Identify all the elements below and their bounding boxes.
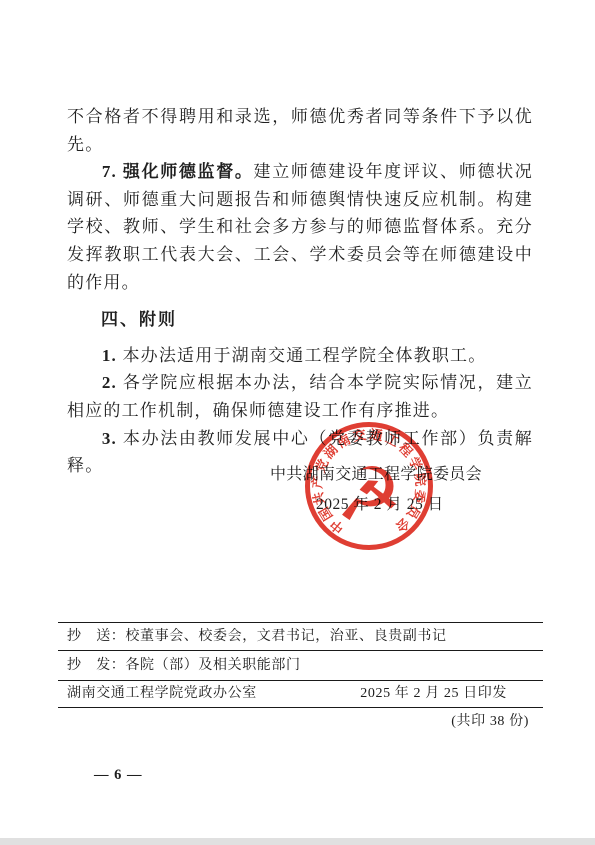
item-1-text: 本办法适用于湖南交通工程学院全体教职工。 [122,346,486,365]
item-2-text: 各学院应根据本办法，结合本学院实际情况，建立相应的工作机制，确保师德建设工作有序… [67,373,533,420]
issue-to-row: 抄 发：各院（部）及相关职能部门 [58,651,543,681]
section-heading: 四、附则 [67,306,533,334]
hammer-sickle-icon: ☭ [336,452,402,538]
issuing-office: 湖南交通工程学院党政办公室 [67,681,257,707]
print-date: 2025 年 2 月 25 日印发 [360,681,507,707]
scan-edge-strip [0,838,595,845]
copy-to-row: 抄 送：校董事会、校委会，文君书记，治亚、良贵副书记 [58,622,543,651]
issue-to-value: 各院（部）及相关职能部门 [125,658,300,673]
item-3-number: 3. [102,429,123,448]
item-1-number: 1. [102,346,123,365]
copy-to-value: 校董事会、校委会，文君书记，治亚、良贵副书记 [125,629,446,644]
item-1: 1. 本办法适用于湖南交通工程学院全体教职工。 [67,342,533,370]
paragraph-7-rest: 建立师德建设年度评议、师德状况调研、师德重大问题报告和师德舆情快速反应机制。构建… [67,162,533,291]
item-2-number: 2. [102,373,123,392]
copy-to-label: 抄 送： [67,629,125,644]
paragraph-7: 7. 强化师德监督。建立师德建设年度评议、师德状况调研、师德重大问题报告和师德舆… [67,158,533,296]
copies-count: (共印 38 份) [58,708,543,735]
official-seal: 中国共产党湖南交通工程学院委员会 ☭ [304,421,434,551]
print-row: 湖南交通工程学院党政办公室 2025 年 2 月 25 日印发 [58,681,543,708]
paragraph-continuation: 不合格者不得聘用和录选，师德优秀者同等条件下予以优先。 [67,103,533,158]
page-number: — 6 — [94,767,143,784]
item-2: 2. 各学院应根据本办法，结合本学院实际情况，建立相应的工作机制，确保师德建设工… [67,369,533,424]
issue-to-label: 抄 发： [67,658,125,673]
body-text: 不合格者不得聘用和录选，师德优秀者同等条件下予以优先。 7. 强化师德监督。建立… [67,103,533,480]
distribution-table: 抄 送：校董事会、校委会，文君书记，治亚、良贵副书记 抄 发：各院（部）及相关职… [58,622,543,735]
paragraph-7-lead: 7. 强化师德监督。 [102,162,254,181]
document-page: 不合格者不得聘用和录选，师德优秀者同等条件下予以优先。 7. 强化师德监督。建立… [0,0,595,845]
